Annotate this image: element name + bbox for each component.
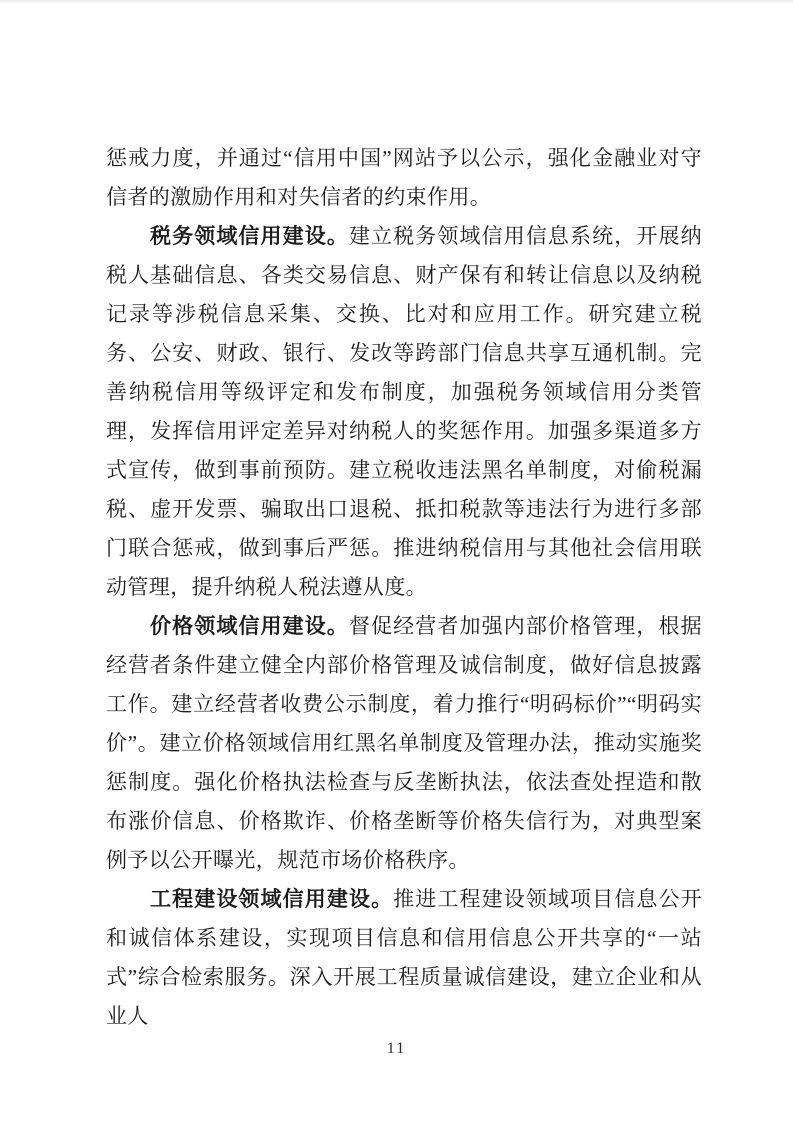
paragraph-text: 惩戒力度，并通过“信用中国”网站予以公示，强化金融业对守信者的激励作用和对失信者…: [106, 146, 702, 209]
paragraph-tax-credit: 税务领域信用建设。建立税务领域信用信息系统，开展纳税人基础信息、各类交易信息、财…: [106, 217, 702, 607]
paragraph-text: 建立税务领域信用信息系统，开展纳税人基础信息、各类交易信息、财产保有和转让信息以…: [106, 224, 702, 599]
paragraph-lead: 工程建设领域信用建设。: [150, 887, 393, 911]
paragraph-lead: 价格领域信用建设。: [150, 614, 349, 638]
page-number: 11: [0, 1040, 793, 1058]
paragraph-construction-credit: 工程建设领域信用建设。推进工程建设领域项目信息公开和诚信体系建设，实现项目信息和…: [106, 880, 702, 1036]
paragraph-lead: 税务领域信用建设。: [150, 224, 349, 248]
scan-edge-shadow: [0, 0, 793, 4]
document-page: 惩戒力度，并通过“信用中国”网站予以公示，强化金融业对守信者的激励作用和对失信者…: [0, 0, 793, 1122]
paragraph-price-credit: 价格领域信用建设。督促经营者加强内部价格管理，根据经营者条件建立健全内部价格管理…: [106, 607, 702, 880]
paragraph-text: 督促经营者加强内部价格管理，根据经营者条件建立健全内部价格管理及诚信制度，做好信…: [106, 614, 702, 872]
paragraph-intro-continuation: 惩戒力度，并通过“信用中国”网站予以公示，强化金融业对守信者的激励作用和对失信者…: [106, 139, 702, 217]
document-body: 惩戒力度，并通过“信用中国”网站予以公示，强化金融业对守信者的激励作用和对失信者…: [106, 139, 702, 1036]
